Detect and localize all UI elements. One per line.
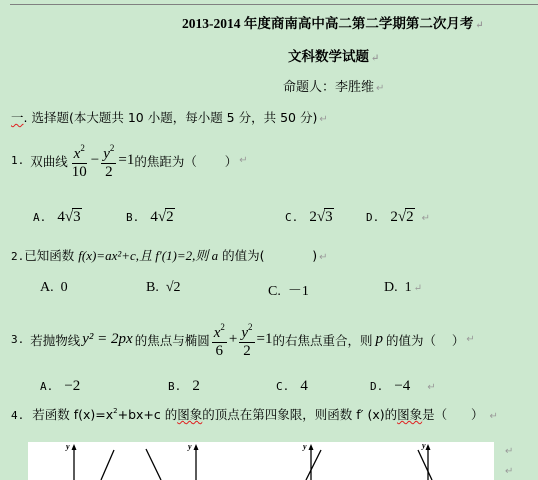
option-label: B. <box>126 211 139 224</box>
section-heading-text: . 选择题(本大题共 10 小题，每小题 5 分，共 50 分) <box>24 110 318 125</box>
question-number: 2. <box>11 250 24 263</box>
option-1b[interactable]: B. 4√2 <box>126 206 175 226</box>
option-1a[interactable]: A. 4√3 <box>33 206 82 226</box>
fraction: y2 2 <box>239 319 254 360</box>
graphs-svg: y y y y <box>28 442 494 480</box>
question-stem-end: 的焦距为（ ） <box>134 152 237 170</box>
paragraph-mark: ↵ <box>505 446 513 457</box>
denominator: 2 <box>103 164 115 181</box>
formula: f(x)=ax²+c,且 f′(1)=2,则 a <box>78 248 218 263</box>
denominator: 6 <box>214 343 226 360</box>
paragraph-mark: ↵ <box>414 283 422 294</box>
exam-subtitle: 文科数学试题↵ <box>288 45 379 65</box>
y-axis-label: y <box>421 442 426 450</box>
fraction: x2 6 <box>212 319 227 360</box>
option-label: B. <box>168 380 181 393</box>
denominator: 2 <box>241 343 253 360</box>
option-value: 2 <box>192 378 200 394</box>
option-label: C. <box>268 284 281 299</box>
paragraph-mark: ↵ <box>371 53 379 64</box>
option-2a[interactable]: A. 0 <box>40 280 68 296</box>
option-3b[interactable]: B. 2 <box>168 375 200 395</box>
question-stem: 若函数 f(x)=x2+bx+c 的图象的顶点在第四象限，则函数 f′ (x)的… <box>32 407 483 422</box>
option-value: 1 <box>405 280 412 295</box>
option-value: −4 <box>394 378 410 394</box>
option-value: −2 <box>64 378 80 394</box>
variable: p <box>376 331 384 348</box>
numerator: y2 <box>101 140 116 164</box>
option-value: －1 <box>288 284 309 299</box>
paragraph-mark: ↵ <box>466 334 474 345</box>
option-label: A. <box>40 380 53 393</box>
option-1c[interactable]: C. 2√3 <box>285 206 334 226</box>
parabola-equation: y² = 2px <box>82 331 132 348</box>
option-label: C. <box>276 380 289 393</box>
header-rule <box>10 4 538 5</box>
option-label: A. <box>33 211 46 224</box>
option-value: √2 <box>166 280 181 295</box>
option-label: A. <box>40 280 54 295</box>
equation-rhs: =1 <box>257 331 273 348</box>
operator: − <box>91 152 99 169</box>
question-number: 1. <box>11 154 24 167</box>
option-value: 4 <box>300 378 308 394</box>
exam-author-text: 命题人：李胜维 <box>283 80 374 95</box>
paragraph-mark: ↵ <box>489 411 497 422</box>
question-1: 1. 双曲线 x2 10 − y2 2 =1 的焦距为（ ） ↵ <box>11 140 248 181</box>
question-2: 2.已知函数 f(x)=ax²+c,且 f′(1)=2,则 a 的值为( )↵ <box>11 245 327 264</box>
question-stem-end: 的值为( ) <box>222 248 317 263</box>
option-label: D. <box>384 280 398 295</box>
y-axis-label: y <box>302 442 307 451</box>
question-stem-end: 的值为（ ） <box>386 331 464 349</box>
section-number: 一 <box>11 110 24 125</box>
question-stem-after: 的右焦点重合，则 <box>273 331 373 349</box>
option-label: B. <box>146 280 159 295</box>
option-2c[interactable]: C. －1 <box>268 280 309 300</box>
equation-rhs: =1 <box>118 152 134 169</box>
fraction: x2 10 <box>70 140 89 181</box>
exam-title: 2013-2014 年度商南高中高二第二学期第二次月考↵ <box>182 12 484 32</box>
option-3c[interactable]: C. 4 <box>276 375 308 395</box>
y-axis-label: y <box>187 442 192 451</box>
paragraph-mark: ↵ <box>319 252 327 263</box>
numerator: y2 <box>239 319 254 343</box>
numerator: x2 <box>212 319 227 343</box>
option-3a[interactable]: A. −2 <box>40 375 80 395</box>
paragraph-mark: ↵ <box>475 20 483 31</box>
option-value: 0 <box>61 280 68 295</box>
paragraph-mark: ↵ <box>422 213 430 224</box>
question-3: 3. 若抛物线 y² = 2px 的焦点与椭圆 x2 6 + y2 2 =1 的… <box>11 319 475 360</box>
operator: + <box>229 331 237 348</box>
paragraph-mark: ↵ <box>319 114 327 125</box>
option-2b[interactable]: B. √2 <box>146 280 181 296</box>
option-label: D. <box>366 211 379 224</box>
option-label: D. <box>370 380 383 393</box>
exam-title-text: 2013-2014 年度商南高中高二第二学期第二次月考 <box>182 16 473 31</box>
exam-author: 命题人：李胜维↵ <box>283 76 384 95</box>
question-4: 4. 若函数 f(x)=x2+bx+c 的图象的顶点在第四象限，则函数 f′ (… <box>11 405 498 423</box>
answer-graphs-figure: y y y y <box>28 442 494 480</box>
paragraph-mark: ↵ <box>376 83 384 94</box>
document-page: 2013-2014 年度商南高中高二第二学期第二次月考↵ 文科数学试题↵ 命题人… <box>0 0 538 480</box>
option-2d[interactable]: D. 1↵ <box>384 280 422 296</box>
question-stem: 已知函数 <box>24 248 74 263</box>
y-axis-label: y <box>65 442 70 451</box>
numerator: x2 <box>72 140 87 164</box>
exam-subtitle-text: 文科数学试题 <box>288 49 369 64</box>
paragraph-mark: ↵ <box>505 466 513 477</box>
option-1d[interactable]: D. 2√2 ↵ <box>366 206 430 226</box>
option-3d[interactable]: D. −4 ↵ <box>370 375 436 395</box>
denominator: 10 <box>70 164 89 181</box>
fraction: y2 2 <box>101 140 116 181</box>
question-number: 3. <box>11 333 24 346</box>
question-stem: 双曲线 <box>30 152 68 170</box>
section-heading: 一. 选择题(本大题共 10 小题，每小题 5 分，共 50 分)↵ <box>11 108 328 126</box>
paragraph-mark: ↵ <box>239 155 247 166</box>
paragraph-mark: ↵ <box>427 382 435 393</box>
question-number: 4. <box>11 409 24 422</box>
question-stem-mid: 的焦点与椭圆 <box>135 331 210 349</box>
option-label: C. <box>285 211 298 224</box>
question-stem: 若抛物线 <box>30 331 80 349</box>
